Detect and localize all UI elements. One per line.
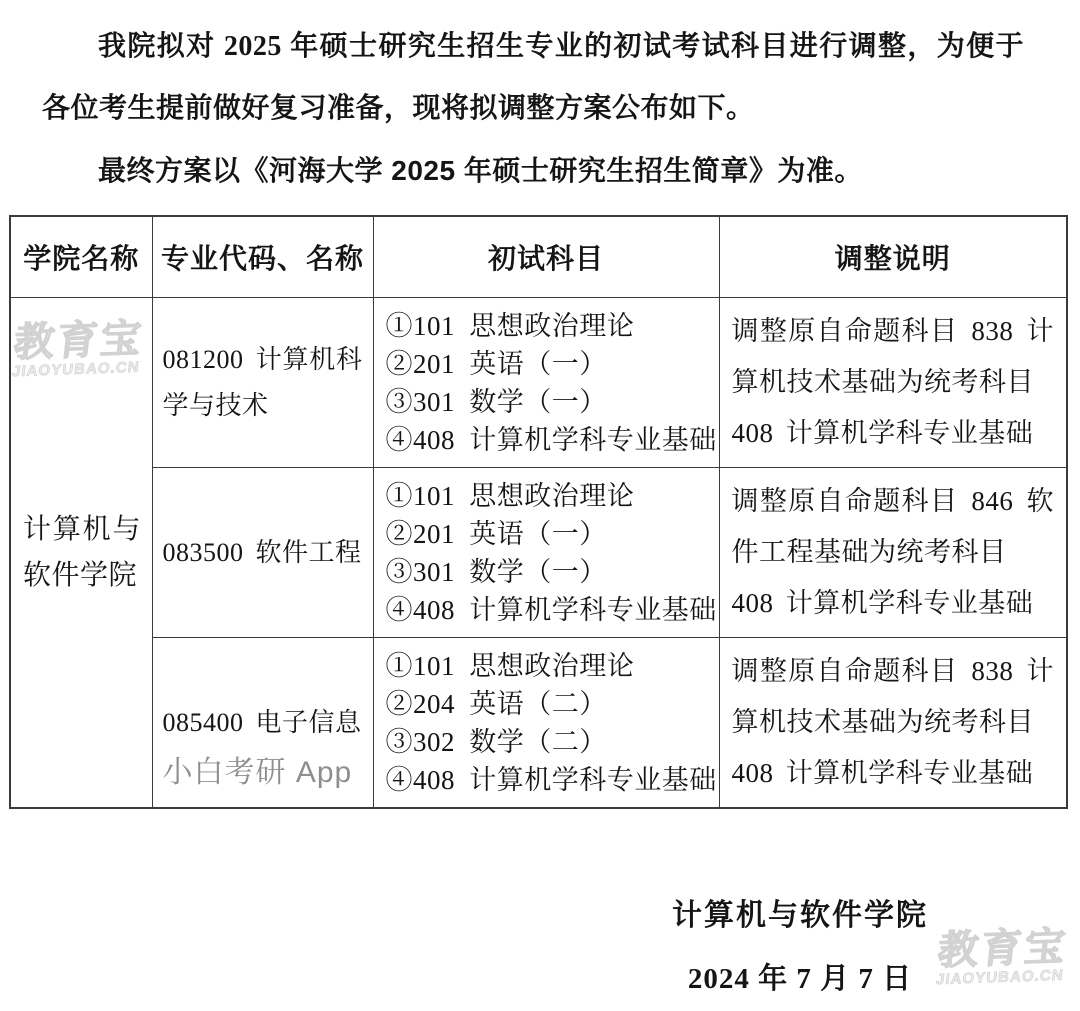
subject-line: ②201 英语（一）	[386, 515, 707, 553]
column-header-major: 专业代码、名称	[152, 216, 373, 298]
subject-line: ④408 计算机学科专业基础	[386, 591, 707, 629]
intro-section: 我院拟对 2025 年硕士研究生招生专业的初试考试科目进行调整，为便于各位考生提…	[0, 0, 1080, 202]
exam-subjects-list: ①101 思想政治理论 ②201 英语（一） ③301 数学（一） ④408 计…	[386, 477, 707, 629]
subject-line: ①101 思想政治理论	[386, 477, 707, 515]
subjects-cell: ①101 思想政治理论 ②201 英语（一） ③301 数学（一） ④408 计…	[373, 298, 719, 468]
major-cell: 085400 电子信息 小白考研 App	[152, 638, 373, 809]
adjustment-note: 调整原自命题科目 838 计算机技术基础为统考科目 408 计算机学科专业基础	[732, 306, 1055, 459]
adjustment-note-cell: 调整原自命题科目 846 软件工程基础为统考科目 408 计算机学科专业基础	[719, 468, 1067, 638]
exam-subjects-list: ①101 思想政治理论 ②201 英语（一） ③301 数学（一） ④408 计…	[386, 307, 707, 459]
adjustment-note: 调整原自命题科目 846 软件工程基础为统考科目 408 计算机学科专业基础	[732, 476, 1055, 629]
major-code-name: 085400 电子信息	[163, 700, 363, 746]
subject-line: ④408 计算机学科专业基础	[386, 421, 707, 459]
column-header-subjects: 初试科目	[373, 216, 719, 298]
major-cell: 081200 计算机科学与技术	[152, 298, 373, 468]
major-cell: 083500 软件工程	[152, 468, 373, 638]
subjects-cell: ①101 思想政治理论 ②204 英语（二） ③302 数学（二） ④408 计…	[373, 638, 719, 809]
adjustment-note-cell: 调整原自命题科目 838 计算机技术基础为统考科目 408 计算机学科专业基础	[719, 638, 1067, 809]
notice-page: { "intro": { "p1": "我院拟对 2025 年硕士研究生招生专业…	[0, 0, 1080, 1011]
note-line: 408 计算机学科专业基础	[732, 748, 1055, 799]
subject-line: ③302 数学（二）	[386, 723, 707, 761]
college-name-cell: 计算机与软件学院	[10, 298, 152, 809]
subjects-cell: ①101 思想政治理论 ②201 英语（一） ③301 数学（一） ④408 计…	[373, 468, 719, 638]
note-line: 调整原自命题科目 838 计算机技术基础为统考科目	[732, 306, 1055, 408]
exam-subjects-list: ①101 思想政治理论 ②204 英语（二） ③302 数学（二） ④408 计…	[386, 647, 707, 799]
note-line: 调整原自命题科目 846 软件工程基础为统考科目	[732, 476, 1055, 578]
watermark-xiaobai-app: 小白考研 App	[163, 747, 353, 791]
intro-paragraph: 我院拟对 2025 年硕士研究生招生专业的初试考试科目进行调整，为便于各位考生提…	[42, 16, 1024, 140]
exam-adjustment-table: 学院名称 专业代码、名称 初试科目 调整说明 计算机与软件学院 081200 计…	[9, 215, 1068, 809]
subject-line: ③301 数学（一）	[386, 383, 707, 421]
column-header-college: 学院名称	[10, 216, 152, 298]
major-code-name: 081200 计算机科学与技术	[163, 337, 363, 429]
note-line: 408 计算机学科专业基础	[732, 578, 1055, 629]
note-line: 调整原自命题科目 838 计算机技术基础为统考科目	[732, 646, 1055, 748]
adjustment-note-cell: 调整原自命题科目 838 计算机技术基础为统考科目 408 计算机学科专业基础	[719, 298, 1067, 468]
table-row: 085400 电子信息 小白考研 App ①101 思想政治理论 ②204 英语…	[10, 638, 1067, 809]
table-row: 计算机与软件学院 081200 计算机科学与技术 ①101 思想政治理论 ②20…	[10, 298, 1067, 468]
note-line: 408 计算机学科专业基础	[732, 408, 1055, 459]
major-code-name: 083500 软件工程	[163, 530, 363, 576]
college-name: 计算机与软件学院	[23, 507, 141, 599]
subject-line: ①101 思想政治理论	[386, 307, 707, 345]
signature-org: 计算机与软件学院	[560, 890, 1040, 934]
column-header-adjustment: 调整说明	[719, 216, 1067, 298]
subject-line: ③301 数学（一）	[386, 553, 707, 591]
subject-line: ④408 计算机学科专业基础	[386, 761, 707, 799]
table-header-row: 学院名称 专业代码、名称 初试科目 调整说明	[10, 216, 1067, 298]
final-plan-note: 最终方案以《河海大学 2025 年硕士研究生招生简章》为准。	[42, 140, 1024, 202]
signature-date: 2024 年 7 月 7 日	[560, 956, 1040, 997]
table-row: 083500 软件工程 ①101 思想政治理论 ②201 英语（一） ③301 …	[10, 468, 1067, 638]
subject-line: ②204 英语（二）	[386, 685, 707, 723]
subject-line: ②201 英语（一）	[386, 345, 707, 383]
subject-line: ①101 思想政治理论	[386, 647, 707, 685]
adjustment-note: 调整原自命题科目 838 计算机技术基础为统考科目 408 计算机学科专业基础	[732, 646, 1055, 799]
